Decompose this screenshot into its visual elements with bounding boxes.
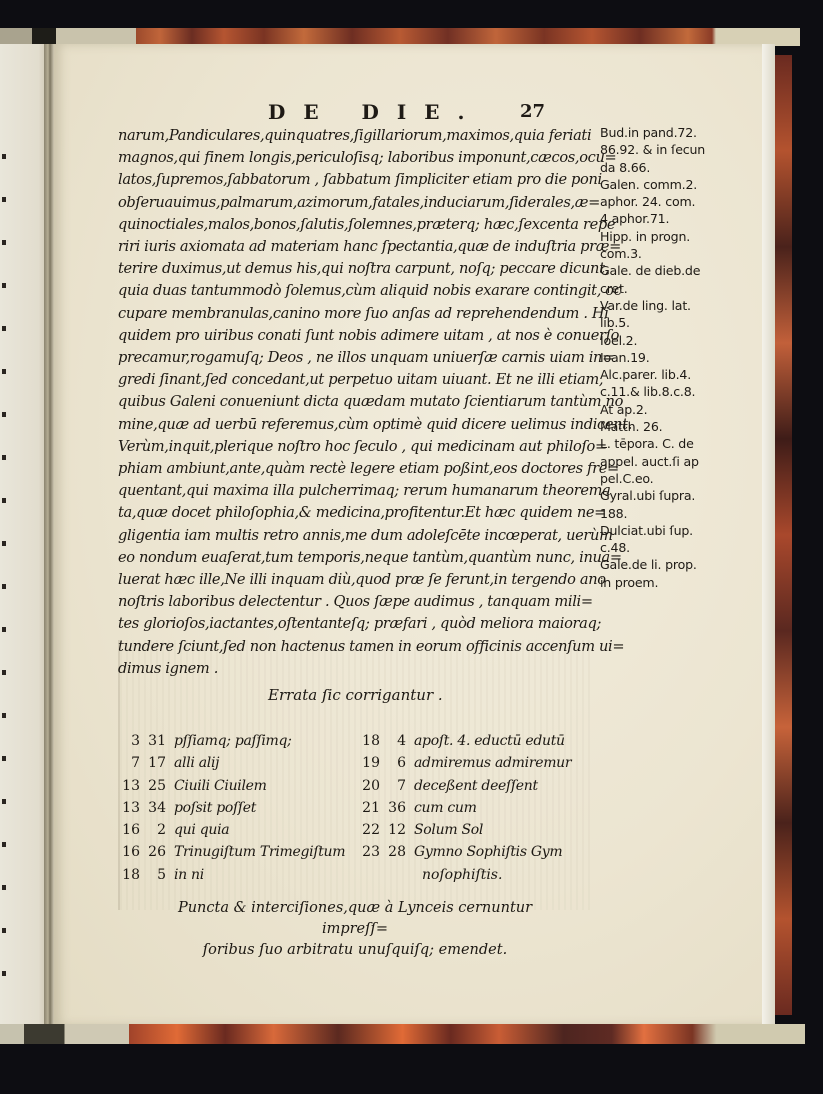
body-line: terire duximus,ut demus his,qui noſtra c… — [118, 258, 594, 280]
errata-correction: apoſt. 4. eductū edutū — [414, 730, 565, 752]
errata-row: 1334poſsit poſſet — [114, 797, 345, 819]
errata-page: 16 — [114, 819, 140, 841]
errata-row: 207deceßent deeſſent — [354, 775, 571, 797]
body-line: tes glorioſos,iactantes,oſtentanteſq; pr… — [118, 613, 594, 635]
left-page-edge — [0, 44, 48, 1029]
body-line: Verùm,inquit,plerique noſtro hoc ſeculo … — [118, 436, 594, 458]
errata-line: 36 — [380, 797, 406, 819]
margin-note: Var.de ling. lat. — [600, 297, 750, 314]
margin-note: aphor. 24. com. — [600, 193, 750, 210]
body-line: gligentia iam multis retro annis,me dum … — [118, 525, 594, 547]
body-line: noſtris laboribus delectentur . Quos ſæp… — [118, 591, 594, 613]
marginal-notes: Bud.in pand.72. 86.92. & in ſecun da 8.6… — [600, 124, 750, 591]
margin-note: L. tēpora. C. de — [600, 435, 750, 452]
errata-left-column: 331pſſiamq; paſſimq; 717alli alij 1325Ci… — [114, 730, 345, 886]
margin-note: Galen. comm.2. — [600, 176, 750, 193]
errata-correction: poſsit poſſet — [174, 797, 256, 819]
margin-note: appel. auct.ſi ap — [600, 453, 750, 470]
errata-row: 2212Solum Sol — [354, 819, 571, 841]
margin-note: Gale.de li. prop. — [600, 556, 750, 573]
errata-page: 22 — [354, 819, 380, 841]
errata-correction: qui quia — [174, 819, 229, 841]
errata-page: 21 — [354, 797, 380, 819]
body-line: riri iuris axiomata ad materiam hanc ſpe… — [118, 236, 594, 258]
errata-row: 2328Gymno Sophiſtis Gym — [354, 841, 571, 863]
left-page-bleed-marks — [2, 154, 10, 1014]
margin-note: Dulciat.ubi ſup. — [600, 522, 750, 539]
errata-page: 18 — [354, 730, 380, 752]
errata-correction: in ni — [174, 864, 204, 886]
errata-row: 717alli alij — [114, 752, 345, 774]
errata-line: 4 — [380, 730, 406, 752]
body-line: narum,Pandiculares,quinquatres,ſigillari… — [118, 125, 594, 147]
footnote-line: ſoribus ſuo arbitratu unuſquiſq; emendet… — [160, 940, 550, 961]
margin-note: Gale. de dieb.de — [600, 262, 750, 279]
body-line: obſeruauimus,palmarum,azimorum,fatales,i… — [118, 192, 594, 214]
errata-line: 34 — [140, 797, 166, 819]
margin-note: Ioel.2. — [600, 332, 750, 349]
running-head: DE DIE. — [268, 100, 482, 124]
body-text: narum,Pandiculares,quinquatres,ſigillari… — [118, 125, 594, 680]
errata-line: 26 — [140, 841, 166, 863]
body-line: gredi ſinant,ſed concedant,ut perpetuo u… — [118, 369, 594, 391]
margin-note: c.11.& lib.8.c.8. — [600, 383, 750, 400]
errata-line: 12 — [380, 819, 406, 841]
body-line: quinoctiales,malos,bonos,ſalutis,ſolemne… — [118, 214, 594, 236]
marbled-fore-edge — [775, 55, 792, 1015]
errata-row: 1325Ciuili Ciuilem — [114, 775, 345, 797]
errata-line: 31 — [140, 730, 166, 752]
body-line: precamur,rogamuſq; Deos , ne illos unqua… — [118, 347, 594, 369]
body-line: tundere ſciunt,ſed non hactenus tamen in… — [118, 636, 594, 658]
errata-page: 19 — [354, 752, 380, 774]
body-line: mine,quæ ad uerbū referemus,cùm optimè q… — [118, 414, 594, 436]
margin-note: in proem. — [600, 574, 750, 591]
errata-row: 162qui quia — [114, 819, 345, 841]
marbled-bottom-edge — [0, 1024, 805, 1044]
margin-note: pel.C.eo. — [600, 470, 750, 487]
errata-correction: pſſiamq; paſſimq; — [174, 730, 292, 752]
errata-correction: Ciuili Ciuilem — [174, 775, 267, 797]
margin-note: com.3. — [600, 245, 750, 262]
errata-page: 16 — [114, 841, 140, 863]
margin-note: Alc.parer. lib.4. — [600, 366, 750, 383]
errata-correction: deceßent deeſſent — [414, 775, 538, 797]
margin-note: cret. — [600, 280, 750, 297]
errata-page: 3 — [114, 730, 140, 752]
errata-row: 331pſſiamq; paſſimq; — [114, 730, 345, 752]
errata-page: 7 — [114, 752, 140, 774]
margin-note: 86.92. & in ſecun — [600, 141, 750, 158]
errata-continuation: noſophiſtis. — [354, 864, 571, 886]
errata-page: 18 — [114, 864, 140, 886]
errata-right-column: 184apoſt. 4. eductū edutū 196admiremus a… — [354, 730, 571, 886]
errata-correction: Trinugiſtum Trimegiſtum — [174, 841, 345, 863]
margin-note: Hipp. in progn. — [600, 228, 750, 245]
body-line: magnos,qui finem longis,periculoſisq; la… — [118, 147, 594, 169]
errata-correction: cum cum — [414, 797, 477, 819]
margin-note: Matth. 26. — [600, 418, 750, 435]
body-line: quia duas tantummodò ſolemus,cùm aliquid… — [118, 280, 594, 302]
book-gutter — [44, 44, 54, 1029]
margin-note: lib.5. — [600, 314, 750, 331]
body-line: ta,quæ docet philoſophia,& medicina,prof… — [118, 502, 594, 524]
errata-row: 1626Trinugiſtum Trimegiſtum — [114, 841, 345, 863]
body-line: phiam ambiunt,ante,quàm rectè legere eti… — [118, 458, 594, 480]
margin-note: da 8.66. — [600, 159, 750, 176]
errata-correction: Solum Sol — [414, 819, 483, 841]
page-number: 27 — [520, 101, 545, 122]
errata-line: 17 — [140, 752, 166, 774]
errata-page: 23 — [354, 841, 380, 863]
margin-note: 4.aphor.71. — [600, 210, 750, 227]
errata-correction: admiremus admiremur — [414, 752, 571, 774]
errata-row: 184apoſt. 4. eductū edutū — [354, 730, 571, 752]
body-line: cupare membranulas,canino more ſuo anſas… — [118, 303, 594, 325]
errata-line: 28 — [380, 841, 406, 863]
errata-line: 2 — [140, 819, 166, 841]
errata-page: 13 — [114, 797, 140, 819]
errata-correction: alli alij — [174, 752, 219, 774]
footnote-line: Puncta & interciſiones,quæ à Lynceis cer… — [160, 898, 550, 940]
margin-note: c.48. — [600, 539, 750, 556]
errata-page: 13 — [114, 775, 140, 797]
errata-line: 7 — [380, 775, 406, 797]
body-line: latos,ſupremos,ſabbatorum , ſabbatum ſim… — [118, 169, 594, 191]
errata-line: 6 — [380, 752, 406, 774]
body-line: dimus ignem . — [118, 658, 594, 680]
errata-row: 185in ni — [114, 864, 345, 886]
margin-note: 188. — [600, 505, 750, 522]
body-line: luerat hæc ille,Ne illi inquam diù,quod … — [118, 569, 594, 591]
errata-line: 25 — [140, 775, 166, 797]
margin-note: Gyral.ubi ſupra. — [600, 487, 750, 504]
body-line: quentant,qui maxima illa pulcherrimaq; r… — [118, 480, 594, 502]
errata-row: 196admiremus admiremur — [354, 752, 571, 774]
body-line: quibus Galeni conueniunt dicta quædam mu… — [118, 391, 594, 413]
margin-note: Ioan.19. — [600, 349, 750, 366]
page-fore-edge — [762, 44, 775, 1026]
errata-row: 2136cum cum — [354, 797, 571, 819]
errata-footnote: Puncta & interciſiones,quæ à Lynceis cer… — [160, 898, 550, 961]
errata-page: 20 — [354, 775, 380, 797]
body-line: quidem pro uiribus conati ſunt nobis adi… — [118, 325, 594, 347]
errata-correction: Gymno Sophiſtis Gym — [414, 841, 562, 863]
margin-note: Bud.in pand.72. — [600, 124, 750, 141]
errata-heading: Errata ſic corrigantur . — [268, 686, 443, 704]
body-line: eo nondum euaſerat,tum temporis,neque ta… — [118, 547, 594, 569]
errata-line: 5 — [140, 864, 166, 886]
margin-note: At ap.2. — [600, 401, 750, 418]
